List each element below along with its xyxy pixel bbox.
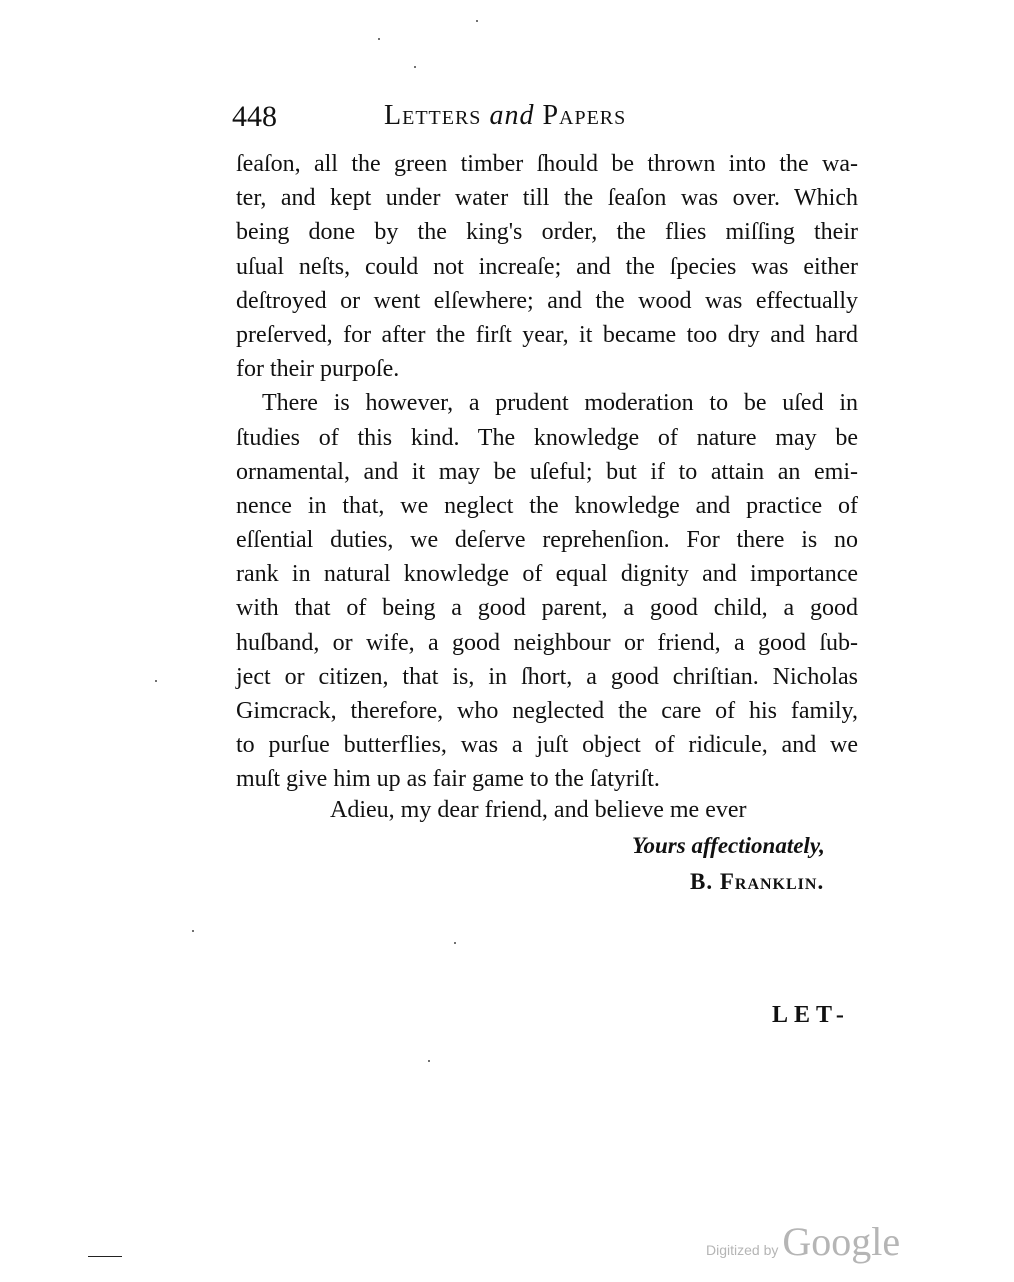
running-title: Letters and Papers [384,100,626,132]
text-line: ſeaſon, all the green timber ſhould be t… [236,147,858,181]
text-line: deſtroyed or went elſewhere; and the woo… [236,284,858,318]
book-page: 448 Letters and Papers ſeaſon, all the g… [0,0,1014,1282]
valediction: Adieu, my dear friend, and believe me ev… [330,797,746,824]
text-line: nence in that, we neglect the knowledge … [236,489,858,523]
margin-mark [88,1256,122,1257]
page-number: 448 [232,100,277,134]
text-line: muſt give him up as fair game to the ſat… [236,762,858,796]
text-line: rank in natural knowledge of equal digni… [236,557,858,591]
scan-speck [428,1060,430,1062]
text-line: ſtudies of this kind. The knowledge of n… [236,421,858,455]
catchword: LET- [772,1002,850,1029]
text-line: being done by the king's order, the flie… [236,215,858,249]
text-line: eſſential duties, we deſerve reprehenſio… [236,523,858,557]
text-line: with that of being a good parent, a good… [236,591,858,625]
body-text: ſeaſon, all the green timber ſhould be t… [236,147,858,797]
text-line: preſerved, for after the firſt year, it … [236,318,858,352]
signature: B. Franklin. [690,869,824,895]
running-title-part: Letters [384,100,489,131]
text-line: for their purpoſe. [236,352,858,386]
running-title-italic: and [489,100,534,131]
text-line: ter, and kept under water till the ſeaſo… [236,181,858,215]
complimentary-close: Yours affectionately, [632,833,825,859]
text-line: huſband, or wife, a good neighbour or fr… [236,626,858,660]
text-line: uſual neſts, could not increaſe; and the… [236,250,858,284]
text-line: ornamental, and it may be uſeful; but if… [236,455,858,489]
text-line: There is however, a prudent moderation t… [236,386,858,420]
scan-speck [454,942,456,944]
digitized-watermark: Digitized by Google [706,1218,900,1265]
google-logo: Google [782,1219,900,1264]
scan-speck [378,38,380,40]
scan-speck [476,20,478,22]
scan-speck [192,930,194,932]
text-line: ject or citizen, that is, in ſhort, a go… [236,660,858,694]
page-header: 448 Letters and Papers [232,100,858,140]
watermark-prefix: Digitized by [706,1242,778,1258]
scan-speck [414,66,416,68]
text-line: to purſue butterflies, was a juſt object… [236,728,858,762]
text-line: Gimcrack, therefore, who neglected the c… [236,694,858,728]
scan-speck [155,680,157,682]
running-title-part: Papers [534,100,626,131]
